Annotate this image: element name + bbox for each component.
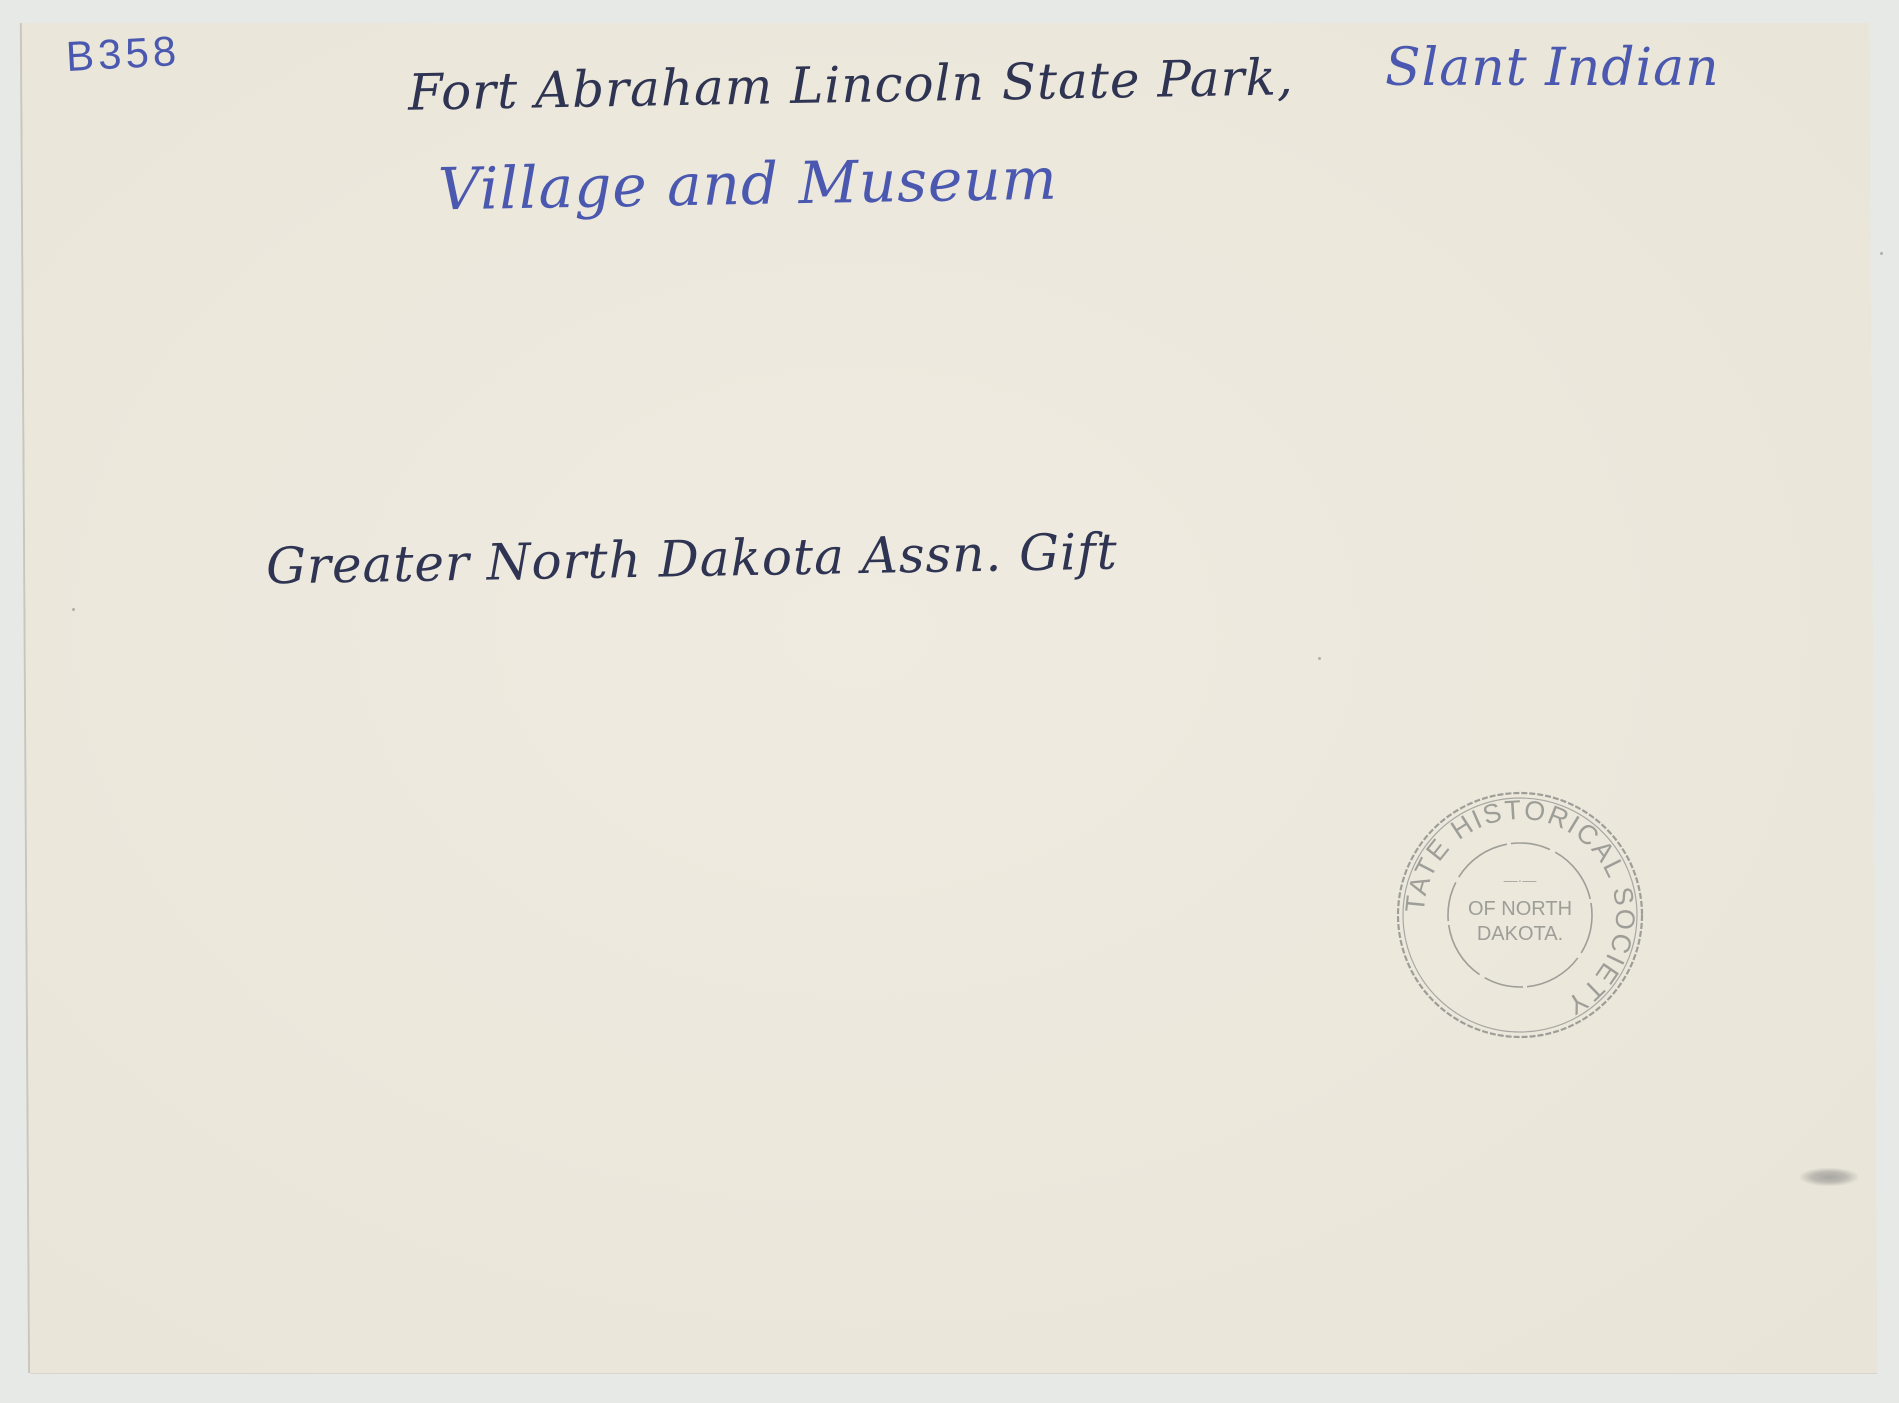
handwritten-subtitle: Village and Museum <box>437 145 1058 224</box>
historical-society-stamp: STATE HISTORICAL SOCIETY —·— OF NORTH DA… <box>1393 788 1647 1042</box>
paper-speck <box>72 608 75 611</box>
paper-speck <box>1318 657 1321 660</box>
paper-speck <box>1880 252 1883 255</box>
stamp-center-mark: —·— <box>1504 872 1537 888</box>
ink-smudge <box>1800 1168 1858 1186</box>
stamp-center-line-1: OF NORTH <box>1468 898 1572 920</box>
stamp-center-line-2: DAKOTA. <box>1477 923 1563 945</box>
handwritten-title-continued: Slant Indian <box>1385 38 1720 98</box>
catalog-number: B358 <box>65 27 181 81</box>
photo-back-paper <box>22 23 1877 1373</box>
